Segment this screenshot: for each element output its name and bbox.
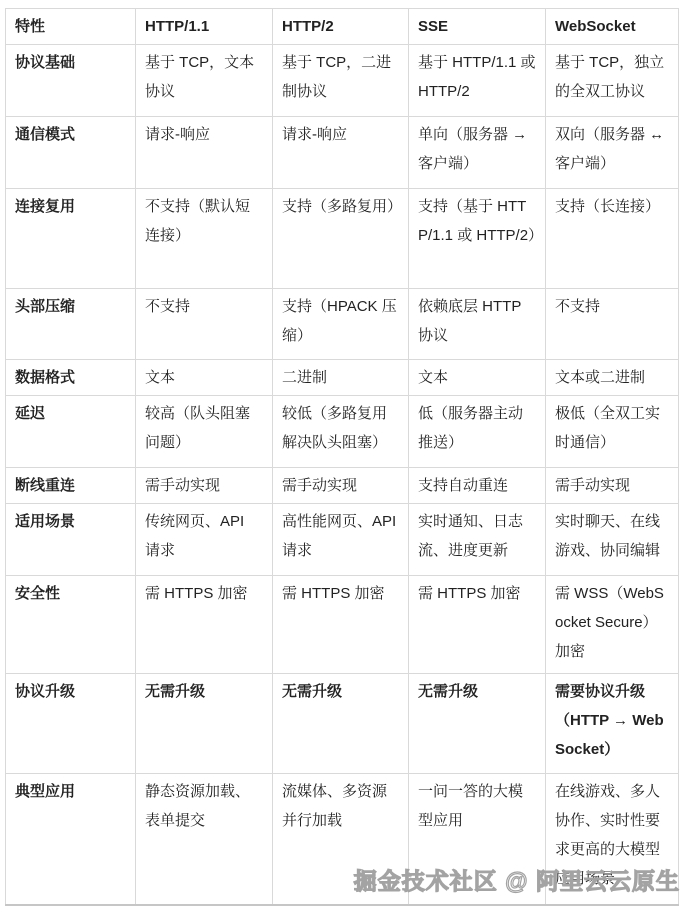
table-cell: 单向（服务器 → 客户端） xyxy=(409,117,546,189)
table-cell: 无需升级 xyxy=(136,674,273,774)
table-cell: 文本 xyxy=(409,360,546,396)
table-cell: 实时通知、日志流、进度更新 xyxy=(409,504,546,576)
table-cell: 双向（服务器 ↔ 客户端） xyxy=(546,117,679,189)
table-cell: 支持（长连接） xyxy=(546,189,679,289)
header-row: 特性 HTTP/1.1 HTTP/2 SSE WebSocket xyxy=(6,9,679,45)
table-cell: 文本 xyxy=(136,360,273,396)
table-cell: 基于 TCP，文本协议 xyxy=(136,45,273,117)
table-cell: 较低（多路复用解决队头阻塞） xyxy=(273,396,409,468)
table-cell: 依赖底层 HTTP 协议 xyxy=(409,289,546,360)
table-row-protocol-upgrade: 协议升级 无需升级 无需升级 无需升级 需要协议升级（HTTP → WebSoc… xyxy=(6,674,679,774)
row-label: 头部压缩 xyxy=(6,289,136,360)
table-cell: 无需升级 xyxy=(409,674,546,774)
table-cell: 需要协议升级（HTTP → WebSocket） xyxy=(546,674,679,774)
table-cell: 需 HTTPS 加密 xyxy=(273,576,409,674)
row-label: 安全性 xyxy=(6,576,136,674)
table-row-reconnect: 断线重连 需手动实现 需手动实现 支持自动重连 需手动实现 xyxy=(6,468,679,504)
table-cell: 不支持 xyxy=(546,289,679,360)
row-label: 连接复用 xyxy=(6,189,136,289)
row-label: 通信模式 xyxy=(6,117,136,189)
row-label: 断线重连 xyxy=(6,468,136,504)
table-cell: 实时聊天、在线游戏、协同编辑 xyxy=(546,504,679,576)
table-cell: 需 HTTPS 加密 xyxy=(409,576,546,674)
table-cell: 基于 TCP，二进制协议 xyxy=(273,45,409,117)
protocol-comparison-table: 特性 HTTP/1.1 HTTP/2 SSE WebSocket 协议基础 基于… xyxy=(5,8,679,906)
table-cell: 在线游戏、多人协作、实时性要求更高的大模型应用场景 xyxy=(546,774,679,905)
column-header-feature: 特性 xyxy=(6,9,136,45)
table-cell: 基于 HTTP/1.1 或 HTTP/2 xyxy=(409,45,546,117)
table-row-data-format: 数据格式 文本 二进制 文本 文本或二进制 xyxy=(6,360,679,396)
table-cell: 支持自动重连 xyxy=(409,468,546,504)
row-label: 协议升级 xyxy=(6,674,136,774)
row-label: 协议基础 xyxy=(6,45,136,117)
table-cell: 需 HTTPS 加密 xyxy=(136,576,273,674)
table-row-communication-mode: 通信模式 请求-响应 请求-响应 单向（服务器 → 客户端） 双向（服务器 ↔ … xyxy=(6,117,679,189)
table-row-connection-reuse: 连接复用 不支持（默认短连接） 支持（多路复用） 支持（基于 HTTP/1.1 … xyxy=(6,189,679,289)
table-cell: 无需升级 xyxy=(273,674,409,774)
row-label: 数据格式 xyxy=(6,360,136,396)
column-header-http2: HTTP/2 xyxy=(273,9,409,45)
table-cell: 文本或二进制 xyxy=(546,360,679,396)
table-row-typical-apps: 典型应用 静态资源加载、表单提交 流媒体、多资源并行加载 一问一答的大模型应用 … xyxy=(6,774,679,905)
table-cell: 低（服务器主动推送） xyxy=(409,396,546,468)
table-row-header-compression: 头部压缩 不支持 支持（HPACK 压缩） 依赖底层 HTTP 协议 不支持 xyxy=(6,289,679,360)
table-cell: 支持（HPACK 压缩） xyxy=(273,289,409,360)
table-cell: 基于 TCP，独立的全双工协议 xyxy=(546,45,679,117)
table-cell: 不支持（默认短连接） xyxy=(136,189,273,289)
table-cell: 静态资源加载、表单提交 xyxy=(136,774,273,905)
column-header-http11: HTTP/1.1 xyxy=(136,9,273,45)
table-row-protocol-basis: 协议基础 基于 TCP，文本协议 基于 TCP，二进制协议 基于 HTTP/1.… xyxy=(6,45,679,117)
table-cell: 请求-响应 xyxy=(136,117,273,189)
table-row-use-cases: 适用场景 传统网页、API 请求 高性能网页、API 请求 实时通知、日志流、进… xyxy=(6,504,679,576)
table-cell: 较高（队头阻塞问题） xyxy=(136,396,273,468)
table-cell: 支持（多路复用） xyxy=(273,189,409,289)
table-cell: 需手动实现 xyxy=(136,468,273,504)
table-cell: 需手动实现 xyxy=(273,468,409,504)
table-cell: 流媒体、多资源并行加载 xyxy=(273,774,409,905)
table-cell: 极低（全双工实时通信） xyxy=(546,396,679,468)
row-label: 典型应用 xyxy=(6,774,136,905)
table-cell: 二进制 xyxy=(273,360,409,396)
table-cell: 支持（基于 HTTP/1.1 或 HTTP/2） xyxy=(409,189,546,289)
table-cell: 请求-响应 xyxy=(273,117,409,189)
column-header-sse: SSE xyxy=(409,9,546,45)
table-cell: 需 WSS（WebSocket Secure）加密 xyxy=(546,576,679,674)
table-row-security: 安全性 需 HTTPS 加密 需 HTTPS 加密 需 HTTPS 加密 需 W… xyxy=(6,576,679,674)
column-header-websocket: WebSocket xyxy=(546,9,679,45)
row-label: 延迟 xyxy=(6,396,136,468)
row-label: 适用场景 xyxy=(6,504,136,576)
table-cell: 传统网页、API 请求 xyxy=(136,504,273,576)
table-cell: 需手动实现 xyxy=(546,468,679,504)
table-cell: 一问一答的大模型应用 xyxy=(409,774,546,905)
table-cell: 高性能网页、API 请求 xyxy=(273,504,409,576)
table-cell: 不支持 xyxy=(136,289,273,360)
table-row-latency: 延迟 较高（队头阻塞问题） 较低（多路复用解决队头阻塞） 低（服务器主动推送） … xyxy=(6,396,679,468)
